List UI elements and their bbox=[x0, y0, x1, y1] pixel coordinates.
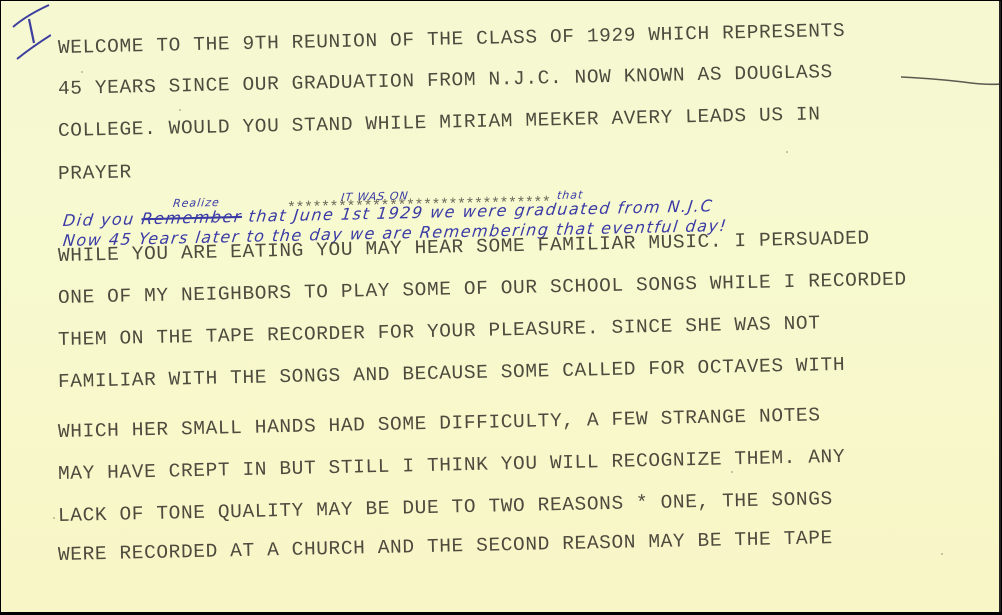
scanned-page: WELCOME TO THE 9TH REUNION OF THE CLASS … bbox=[1, 1, 1001, 612]
typed-line-8: FAMILIAR WITH THE SONGS AND BECAUSE SOME… bbox=[58, 354, 846, 393]
typed-line-2: 45 YEARS SINCE OUR GRADUATION FROM N.J.C… bbox=[58, 61, 833, 100]
typed-line-7: THEM ON THE TAPE RECORDER FOR YOUR PLEAS… bbox=[58, 312, 821, 351]
typed-line-10: MAY HAVE CREPT IN BUT STILL I THINK YOU … bbox=[58, 446, 846, 485]
paper-speck bbox=[53, 517, 55, 519]
typed-line-1: WELCOME TO THE 9TH REUNION OF THE CLASS … bbox=[58, 20, 846, 59]
paper-speck bbox=[941, 553, 943, 555]
typed-line-6: ONE OF MY NEIGHBORS TO PLAY SOME OF OUR … bbox=[58, 268, 907, 309]
typed-line-4: PRAYER bbox=[58, 161, 132, 185]
typed-line-11: LACK OF TONE QUALITY MAY BE DUE TO TWO R… bbox=[58, 488, 833, 527]
handwritten-roman-numeral-mark bbox=[7, 3, 51, 63]
handwritten-struck-word: Remember bbox=[140, 207, 243, 228]
typed-line-9: WHICH HER SMALL HANDS HAD SOME DIFFICULT… bbox=[58, 404, 821, 443]
typed-line-3: COLLEGE. WOULD YOU STAND WHILE MIRIAM ME… bbox=[58, 103, 821, 142]
handwritten-line-1-start: Did you bbox=[62, 209, 136, 230]
paper-speck bbox=[731, 471, 733, 473]
pencil-stroke bbox=[901, 69, 1001, 89]
paper-speck bbox=[786, 151, 788, 153]
typed-line-12: WERE RECORDED AT A CHURCH AND THE SECOND… bbox=[58, 527, 833, 566]
paper-speck bbox=[81, 71, 83, 73]
paper-speck bbox=[179, 109, 181, 111]
